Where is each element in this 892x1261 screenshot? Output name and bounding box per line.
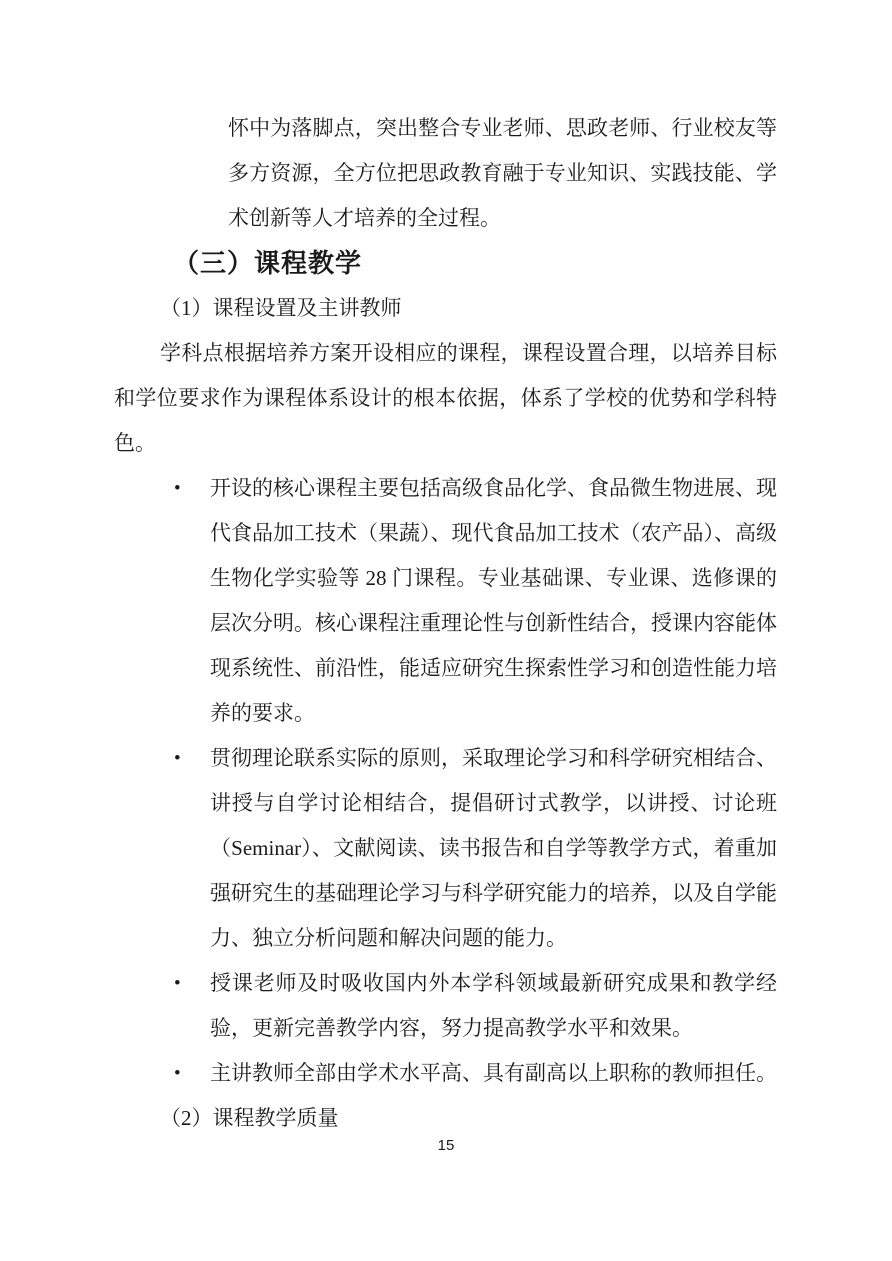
list-item-text: 主讲教师全部由学术水平高、具有副高以上职称的教师担任。 [210,1061,777,1085]
continuation-paragraph: 怀中为落脚点，突出整合专业老师、思政老师、行业校友等多方资源，全方位把思政教育融… [228,106,777,241]
bullet-icon: • [174,1051,181,1096]
list-item-text: 开设的核心课程主要包括高级食品化学、食品微生物进展、现代食品加工技术（果蔬）、现… [210,476,777,725]
list-item-teaching-content: • 授课老师及时吸收国内外本学科领域最新研究成果和教学经验，更新完善教学内容，努… [114,961,777,1051]
course-bullet-list: • 开设的核心课程主要包括高级食品化学、食品微生物进展、现代食品加工技术（果蔬）… [114,466,777,1096]
list-item-text: 授课老师及时吸收国内外本学科领域最新研究成果和教学经验，更新完善教学内容，努力提… [210,971,777,1040]
page-number: 15 [0,1136,892,1156]
document-page: 怀中为落脚点，突出整合专业老师、思政老师、行业校友等多方资源，全方位把思政教育融… [0,0,892,1261]
bullet-icon: • [174,736,181,781]
list-item-teaching-methods: • 贯彻理论联系实际的原则，采取理论学习和科学研究相结合、讲授与自学讨论相结合，… [114,736,777,961]
list-item-text: 贯彻理论联系实际的原则，采取理论学习和科学研究相结合、讲授与自学讨论相结合，提倡… [210,746,777,950]
page-content: 怀中为落脚点，突出整合专业老师、思政老师、行业校友等多方资源，全方位把思政教育融… [114,106,777,1141]
intro-paragraph: 学科点根据培养方案开设相应的课程，课程设置合理，以培养目标和学位要求作为课程体系… [114,331,777,466]
list-item-core-courses: • 开设的核心课程主要包括高级食品化学、食品微生物进展、现代食品加工技术（果蔬）… [114,466,777,736]
list-item-lecturers: • 主讲教师全部由学术水平高、具有副高以上职称的教师担任。 [114,1051,777,1096]
bullet-icon: • [174,961,181,1006]
bullet-icon: • [174,466,181,511]
subsection-heading-1: （1）课程设置及主讲教师 [160,286,777,331]
section-heading: （三）课程教学 [173,241,777,286]
subsection-heading-2: （2）课程教学质量 [160,1096,777,1141]
